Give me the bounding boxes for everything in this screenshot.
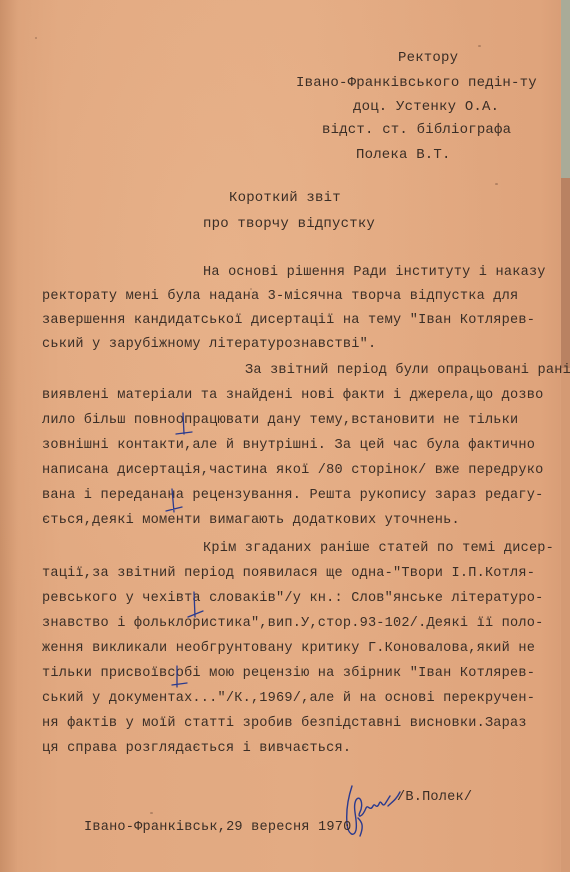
place-and-date: Івано-Франківськ,29 вересня 1970 bbox=[84, 820, 351, 836]
signature-name: /В.Полек/ bbox=[397, 790, 472, 806]
correction-mark-icon bbox=[176, 413, 192, 434]
correction-mark-icon bbox=[172, 666, 187, 687]
correction-mark-icon bbox=[166, 489, 182, 512]
pen-corrections bbox=[0, 0, 570, 872]
correction-mark-icon bbox=[188, 592, 203, 617]
